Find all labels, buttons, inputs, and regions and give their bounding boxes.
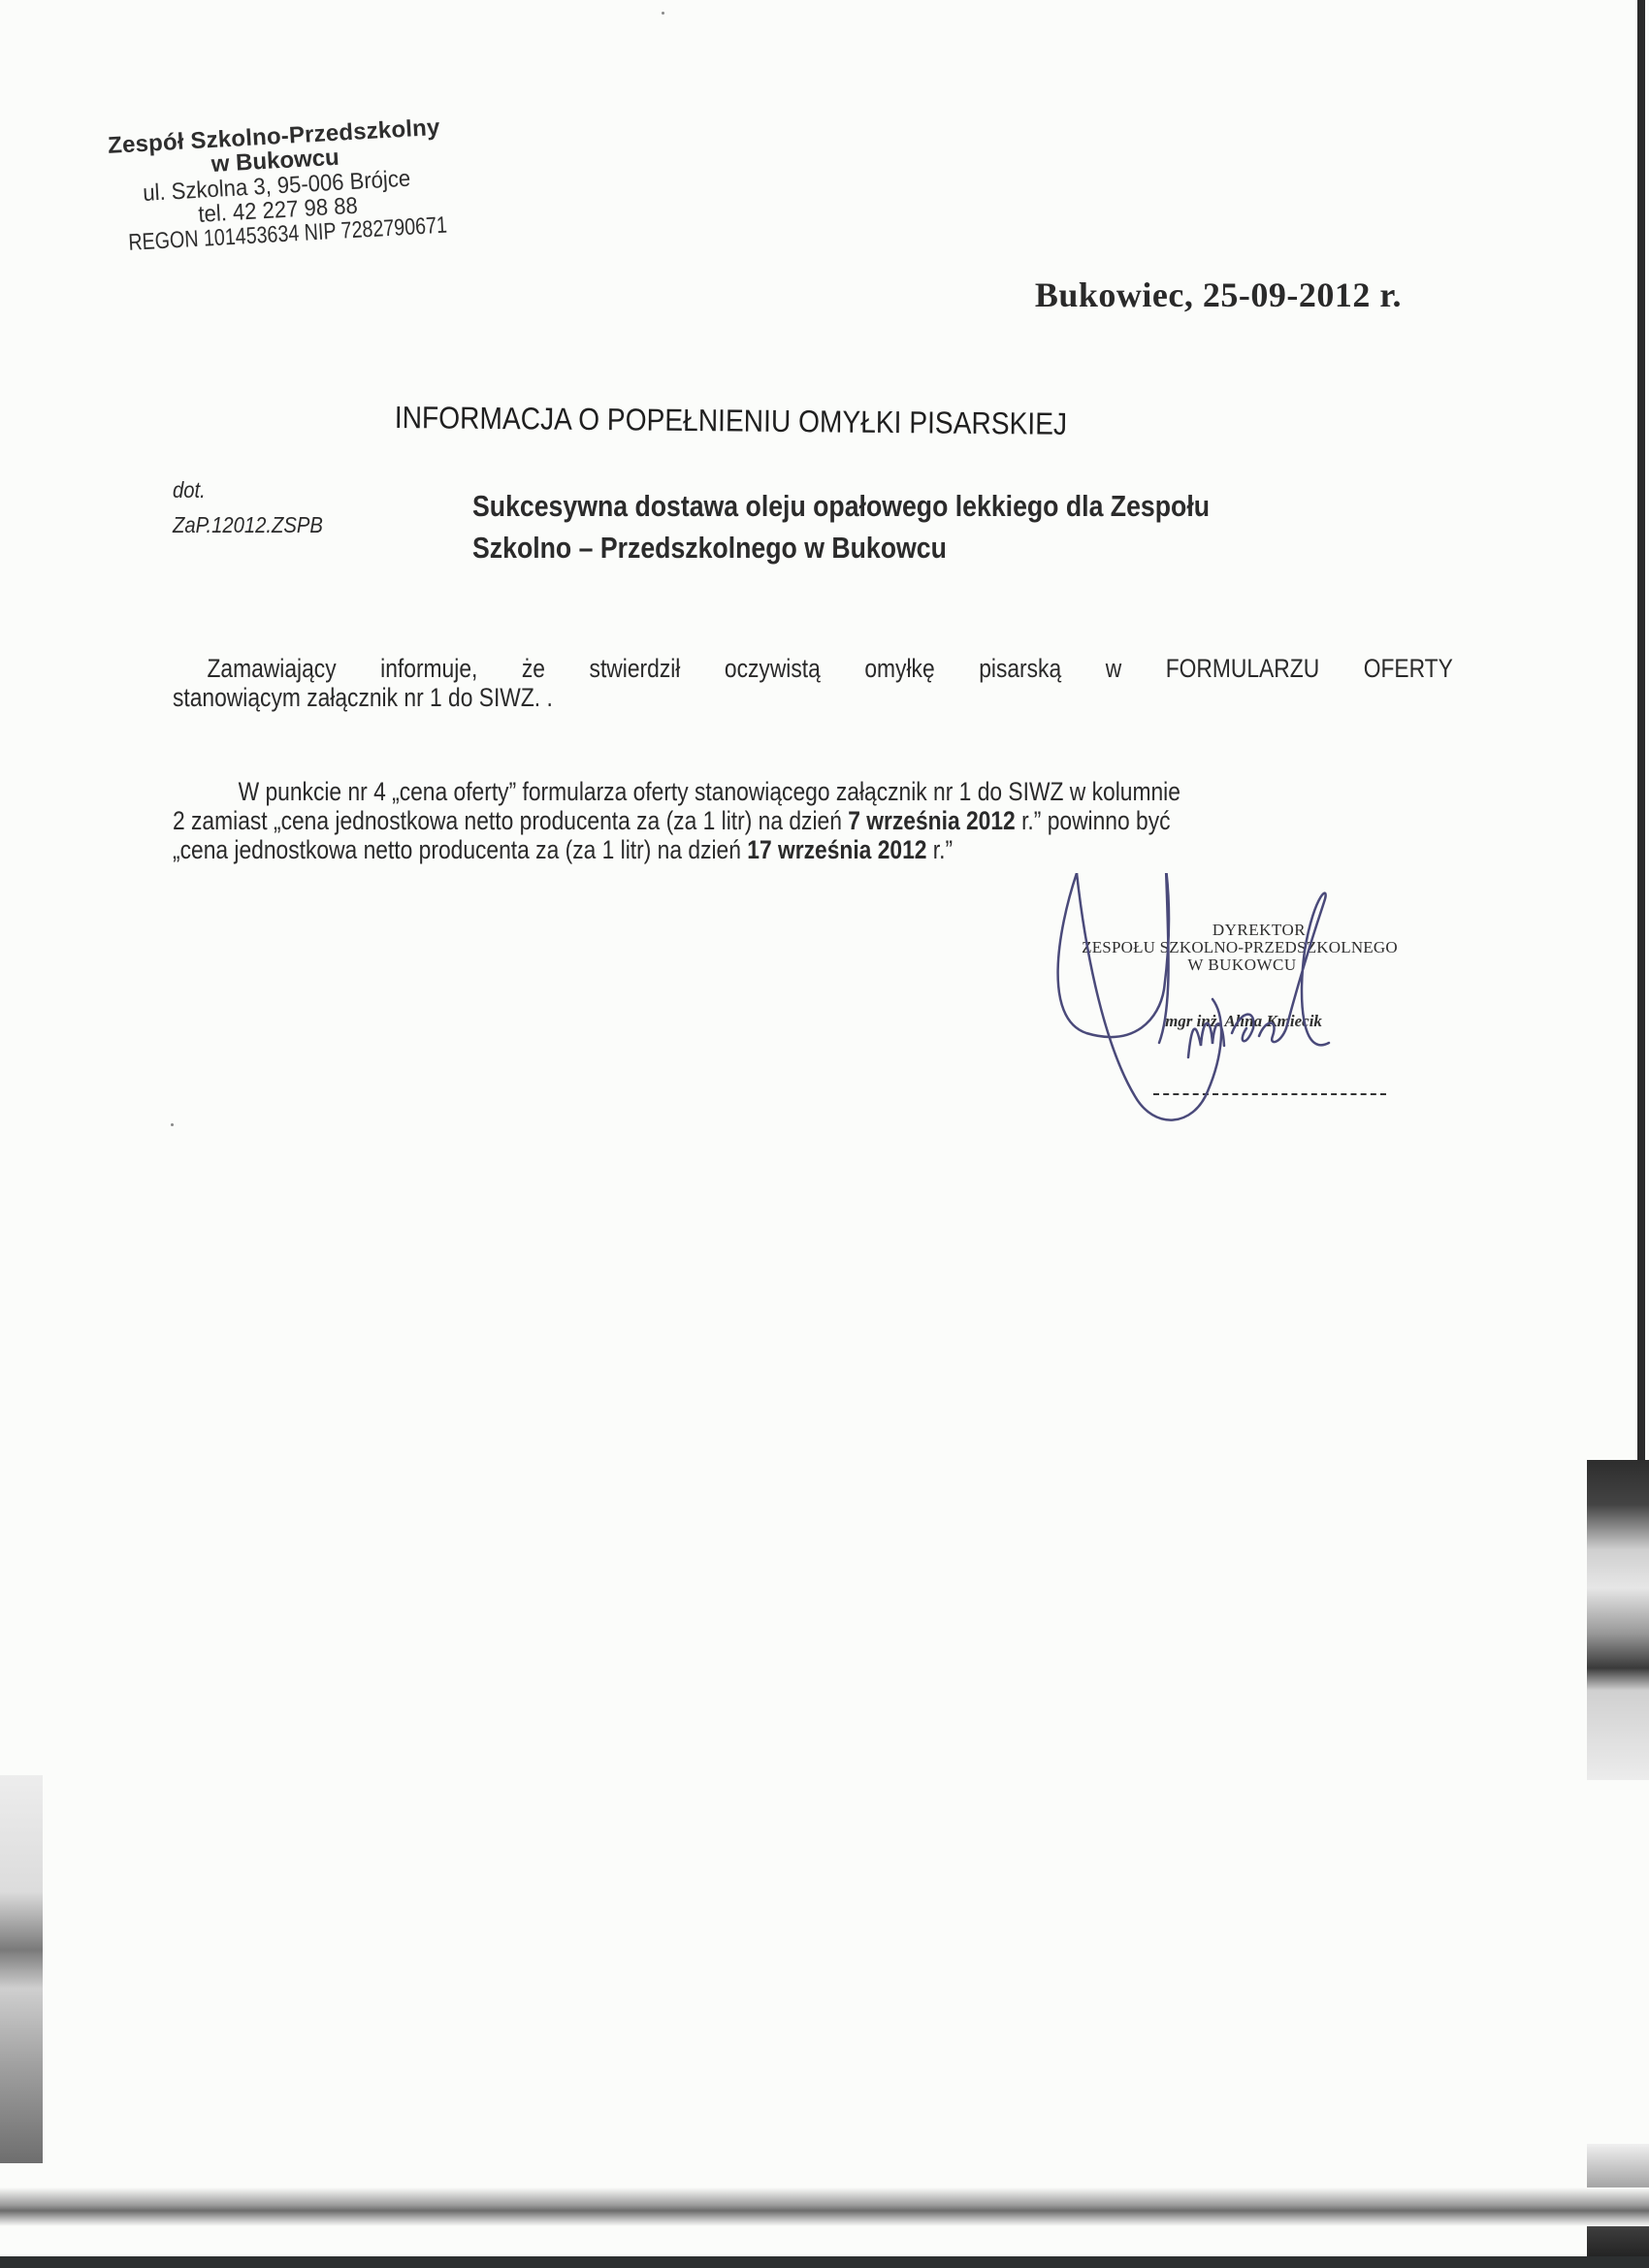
scan-edge-line [1637,0,1645,1467]
scan-edge-shadow-left [0,1775,43,2163]
subject-line-2: Szkolno – Przedszkolnego w Bukowcu [472,527,1390,568]
text-run: „cena jednostkowa netto producenta za (z… [173,835,747,864]
scan-speck [662,12,664,15]
word: Zamawiający [207,654,336,683]
word: w [1106,654,1121,683]
paragraph-1: Zamawiającyinformuje,żestwierdziłoczywis… [173,654,1410,712]
corrected-date: 17 września 2012 [747,835,926,864]
scan-edge-shadow-right [1587,1460,1649,1780]
reference-number: ZaP.12012.ZSPB [173,507,323,542]
word: pisarską [979,654,1061,683]
text-run: r.” powinno być [1016,806,1171,835]
paragraph-2-line-2: 2 zamiast „cena jednostkowa netto produc… [173,806,1410,835]
scan-bottom-shadow [0,2187,1649,2226]
scan-speck [171,1123,174,1126]
school-header-stamp: Zespół Szkolno-Przedszkolny w Bukowcu ul… [89,115,464,257]
word: FORMULARZU [1166,654,1319,683]
reference-block: dot. ZaP.12012.ZSPB [173,472,323,542]
paragraph-1-line-2: stanowiącym załącznik nr 1 do SIWZ. . [173,683,1410,712]
reference-label: dot. [173,472,323,507]
scan-bottom-edge [0,2256,1649,2268]
subject-line-1: Sukcesywna dostawa oleju opałowego lekki… [472,485,1390,527]
document-title: INFORMACJA O POPEŁNIENIU OMYŁKI PISARSKI… [395,400,1067,442]
word: oczywistą [725,654,821,683]
paragraph-2-line-1: W punkcie nr 4 „cena oferty” formularza … [173,777,1451,806]
word: że [522,654,545,683]
word: OFERTY [1364,654,1453,683]
word: informuje, [380,654,477,683]
subject-block: Sukcesywna dostawa oleju opałowego lekki… [472,485,1390,568]
text-run: 2 zamiast „cena jednostkowa netto produc… [173,806,848,835]
text-run: r.” [926,835,953,864]
handwritten-signature-icon [1048,873,1436,1135]
document-date: Bukowiec, 25-09-2012 r. [1035,275,1402,315]
original-date: 7 września 2012 [848,806,1015,835]
paragraph-2: W punkcie nr 4 „cena oferty” formularza … [173,777,1410,864]
paragraph-2-line-3: „cena jednostkowa netto producenta za (z… [173,835,1410,864]
word: stwierdził [590,654,681,683]
word: omyłkę [864,654,934,683]
paragraph-1-line-1: Zamawiającyinformuje,żestwierdziłoczywis… [173,654,1453,683]
